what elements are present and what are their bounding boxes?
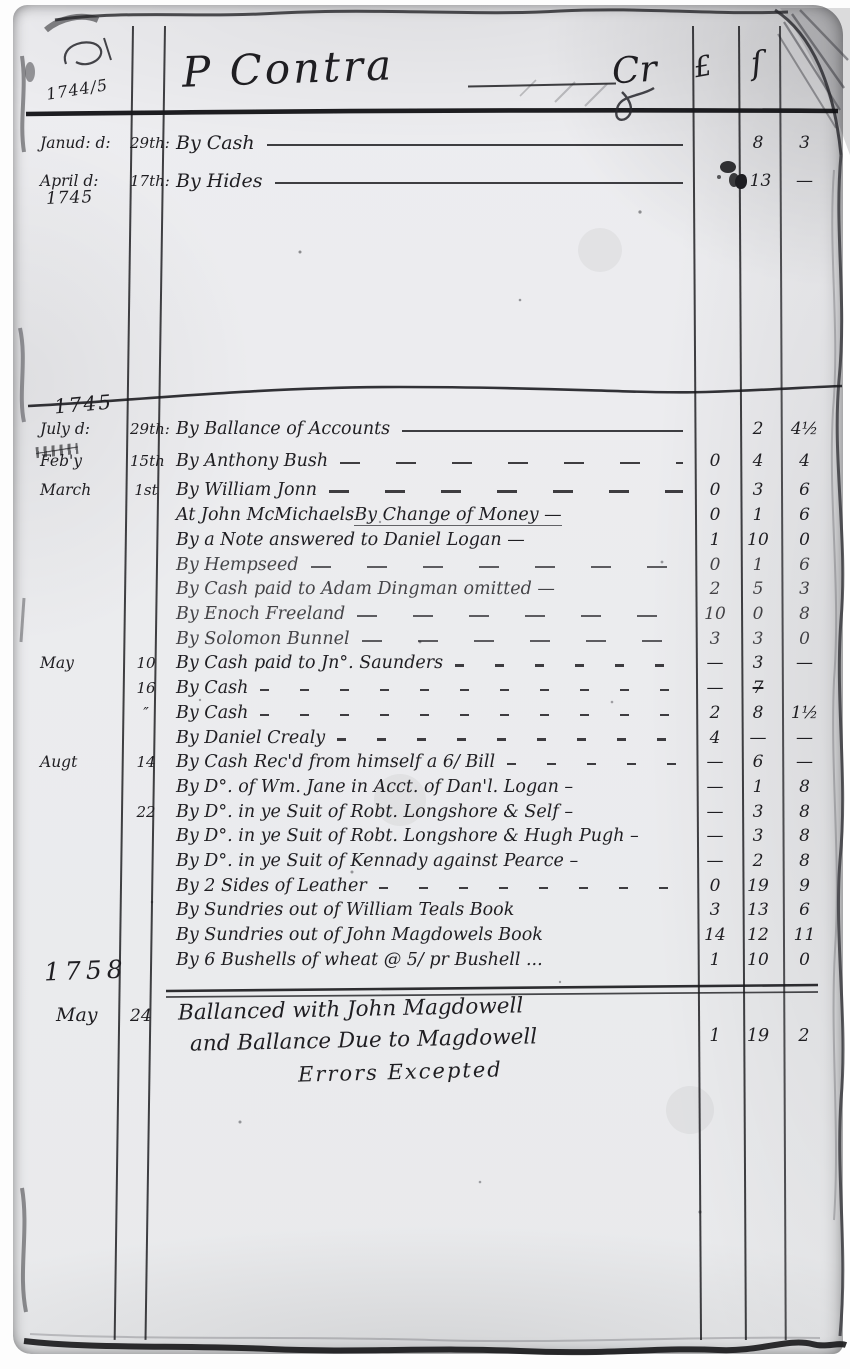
balance-shillings-value: 19 xyxy=(737,1026,779,1046)
entry-shillings: 2 xyxy=(737,419,779,439)
entry-description: By Hides xyxy=(162,170,693,192)
page-title-contra: P Contra xyxy=(181,40,395,96)
entry-text: By Anthony Bush xyxy=(176,451,328,471)
shillings-value: 8 xyxy=(753,133,764,153)
entry-day: 10 xyxy=(130,654,162,672)
shillings-value: 12 xyxy=(747,925,769,945)
entry-day: 29th: xyxy=(130,420,162,438)
entry-pence: 3 xyxy=(779,133,830,153)
entry-description: By Cash paid to Jn°. Saunders xyxy=(162,653,693,673)
ledger-entry-row: By Sundries out of William Teals Book313… xyxy=(30,898,830,923)
ledger-entry-row: May10By Cash paid to Jn°. Saunders—3— xyxy=(30,651,830,676)
entry-pence: — xyxy=(779,752,830,772)
entry-shillings: 3 xyxy=(737,629,779,649)
entry-description: By 2 Sides of Leather xyxy=(162,876,693,896)
ledger-entry-row: By D°. in ye Suit of Kennady against Pea… xyxy=(30,849,830,874)
ledger-entry-row: 16By Cash—7 xyxy=(30,676,830,701)
entry-pounds: 3 xyxy=(693,900,737,920)
entry-text: By Sundries out of John Magdowels Book xyxy=(176,925,543,945)
entry-shillings: 13 xyxy=(737,171,779,191)
entry-shillings: — xyxy=(737,728,779,748)
entry-description: By Enoch Freeland xyxy=(162,604,693,624)
ledger-entry-row: By D°. in ye Suit of Robt. Longshore & H… xyxy=(30,824,830,849)
balance-day: 24 xyxy=(130,1006,152,1026)
entry-trail-line xyxy=(357,615,683,617)
ledger-entry-row: By Solomon Bunnel330 xyxy=(30,626,830,651)
entry-description: By D°. of Wm. Jane in Acct. of Dan'l. Lo… xyxy=(162,777,693,797)
entries-1745: July d:29th:By Ballance of Accounts24½Fe… xyxy=(30,412,830,972)
entry-shillings: 0 xyxy=(737,604,779,624)
ledger-entry-row: By 6 Bushells of wheat @ 5/ pr Bushell .… xyxy=(30,947,830,972)
entry-description: By Cash Rec'd from himself a 6/ Bill xyxy=(162,752,693,772)
shillings-value: 2 xyxy=(753,419,764,439)
entry-text: By William Jonn xyxy=(176,480,317,500)
entry-pounds: 4 xyxy=(693,728,737,748)
entry-pounds: 1 xyxy=(693,950,737,970)
entry-trail-line xyxy=(260,714,683,716)
entry-date: May xyxy=(30,654,130,672)
ledger-entry-row: By Sundries out of John Magdowels Book14… xyxy=(30,923,830,948)
entry-trail-line xyxy=(260,689,683,691)
ledger-entry-row: By Daniel Crealy4—— xyxy=(30,725,830,750)
entry-text: By Cash xyxy=(176,678,248,698)
entry-pence: 6 xyxy=(779,555,830,575)
entry-text: By Cash paid to Jn°. Saunders xyxy=(176,653,443,673)
entry-day: 1st xyxy=(130,481,162,499)
ledger-entry-row: By D°. of Wm. Jane in Acct. of Dan'l. Lo… xyxy=(30,775,830,800)
entry-description: By 6 Bushells of wheat @ 5/ pr Bushell .… xyxy=(162,950,693,970)
ledger-entry-row: Feb'y15thBy Anthony Bush044 xyxy=(30,446,830,476)
entry-text: By Cash xyxy=(176,703,248,723)
entry-description: By Cash xyxy=(162,678,693,698)
shillings-value: 10 xyxy=(747,530,769,550)
entry-description: By Cash xyxy=(162,703,693,723)
entry-text: By 2 Sides of Leather xyxy=(176,876,367,896)
entry-text: By a Note answered to Daniel Logan — xyxy=(176,530,525,550)
entry-text: By Hempseed xyxy=(176,555,299,575)
entry-trail-line xyxy=(507,763,683,765)
entry-description: By a Note answered to Daniel Logan — xyxy=(162,530,693,550)
entry-text: By D°. of Wm. Jane in Acct. of Dan'l. Lo… xyxy=(176,777,573,797)
entry-pence: 3 xyxy=(779,579,830,599)
entry-trail-line xyxy=(329,490,683,492)
entry-pence: 8 xyxy=(779,604,830,624)
entry-shillings: 3 xyxy=(737,653,779,673)
entry-trail-line xyxy=(311,566,683,568)
entry-trail-line xyxy=(267,144,683,146)
entry-shillings: 10 xyxy=(737,530,779,550)
shillings-value: 7 xyxy=(753,678,764,698)
entry-pence: 0 xyxy=(779,950,830,970)
entry-date: March xyxy=(30,481,130,499)
entry-text: By Hides xyxy=(176,170,263,192)
entry-description: By Cash xyxy=(162,132,693,154)
entries-1744: Janud: d:29th:By Cash83April d:17th:By H… xyxy=(30,124,830,200)
shillings-value: 13 xyxy=(750,171,772,191)
entry-pence: 8 xyxy=(779,777,830,797)
entry-shillings: 13 xyxy=(737,900,779,920)
entry-pence: 1½ xyxy=(779,703,830,723)
entry-pounds: 2 xyxy=(693,703,737,723)
entry-pence: — xyxy=(779,728,830,748)
entry-text: By Cash paid to Adam Dingman omitted — xyxy=(176,579,555,599)
shillings-value: — xyxy=(750,728,767,748)
entry-shillings: 3 xyxy=(737,826,779,846)
entry-pence: 4 xyxy=(779,451,830,471)
entry-shillings: 5 xyxy=(737,579,779,599)
entry-pence: 11 xyxy=(779,925,830,945)
entry-pence: 8 xyxy=(779,851,830,871)
shillings-value: 8 xyxy=(753,703,764,723)
entry-description: By Anthony Bush xyxy=(162,451,693,471)
entry-description: By William Jonn xyxy=(162,480,693,500)
entry-shillings: 1 xyxy=(737,555,779,575)
ledger-entry-row: By a Note answered to Daniel Logan —1100 xyxy=(30,528,830,553)
entry-shillings: 3 xyxy=(737,802,779,822)
entry-text: At John McMichaels xyxy=(176,505,354,525)
year-label-1745-first: 1745 xyxy=(46,187,94,209)
ledger-entry-row: By Hempseed016 xyxy=(30,552,830,577)
year-label-1758: 1758 xyxy=(44,955,129,987)
shillings-value: 1 xyxy=(753,505,764,525)
entry-day: 16 xyxy=(130,679,162,697)
entry-text: By 6 Bushells of wheat @ 5/ pr Bushell .… xyxy=(176,950,543,970)
shillings-value: 3 xyxy=(753,826,764,846)
entry-pounds: — xyxy=(693,752,737,772)
entry-text: By Cash Rec'd from himself a 6/ Bill xyxy=(176,752,495,772)
entry-pounds: 0 xyxy=(693,480,737,500)
ledger-entry-row: ″By Cash281½ xyxy=(30,701,830,726)
entry-pounds: — xyxy=(693,653,737,673)
entry-description: By Daniel Crealy xyxy=(162,728,693,748)
entry-trail-line xyxy=(340,462,683,464)
entry-pence: 4½ xyxy=(779,419,830,439)
shillings-value: 10 xyxy=(747,950,769,970)
entry-pounds: 14 xyxy=(693,925,737,945)
entry-text: By Cash xyxy=(176,132,255,154)
entry-shillings: 6 xyxy=(737,752,779,772)
ledger-entry-row: Janud: d:29th:By Cash83 xyxy=(30,124,830,162)
entry-pounds: 2 xyxy=(693,579,737,599)
entry-pounds: 0 xyxy=(693,451,737,471)
shillings-value: 1 xyxy=(753,777,764,797)
ledger-entry-row: By Cash paid to Adam Dingman omitted —25… xyxy=(30,577,830,602)
entry-pence: 6 xyxy=(779,505,830,525)
ledger-entry-row: At John McMichaels By Change of Money —0… xyxy=(30,503,830,528)
entry-text: By D°. in ye Suit of Kennady against Pea… xyxy=(176,851,578,871)
entry-text: By Solomon Bunnel xyxy=(176,629,350,649)
entry-pounds: 10 xyxy=(693,604,737,624)
entry-trail-line xyxy=(337,738,683,740)
shillings-value: 19 xyxy=(747,876,769,896)
ledger-entry-row: By Enoch Freeland1008 xyxy=(30,602,830,627)
entry-description: By D°. in ye Suit of Robt. Longshore & S… xyxy=(162,802,693,822)
entry-pounds: — xyxy=(693,802,737,822)
entry-pounds: — xyxy=(693,777,737,797)
entry-description: By Sundries out of William Teals Book xyxy=(162,900,693,920)
entry-pence: — xyxy=(779,171,830,191)
entry-trail-line xyxy=(402,430,683,432)
entry-trail-line xyxy=(455,664,683,666)
entry-pounds: — xyxy=(693,826,737,846)
entry-trail-line xyxy=(275,182,683,184)
entry-pence: 0 xyxy=(779,530,830,550)
entry-day: 17th: xyxy=(130,172,162,190)
entry-shillings: 2 xyxy=(737,851,779,871)
entry-text: By Daniel Crealy xyxy=(176,728,325,748)
entry-pounds: — xyxy=(693,851,737,871)
shillings-value: 13 xyxy=(747,900,769,920)
entry-pounds: 0 xyxy=(693,505,737,525)
entry-pence: 0 xyxy=(779,629,830,649)
ledger-page-scan: 1744/5 P Contra Cr £ ſ Janud: d:29th:By … xyxy=(0,0,850,1369)
entry-pounds: 1 xyxy=(693,530,737,550)
ledger-entry-row: Augt14By Cash Rec'd from himself a 6/ Bi… xyxy=(30,750,830,775)
entry-shillings: 4 xyxy=(737,451,779,471)
entry-shillings: 10 xyxy=(737,950,779,970)
entry-text-underlined: By Change of Money — xyxy=(354,505,561,526)
entry-text: By Ballance of Accounts xyxy=(176,419,390,439)
entry-trail-line xyxy=(362,640,683,642)
entry-day: 22 xyxy=(130,803,162,821)
ledger-entry-row: March1stBy William Jonn036 xyxy=(30,476,830,503)
entry-day: ″ xyxy=(130,704,162,722)
balance-pounds-value: 1 xyxy=(693,1026,737,1046)
entry-text: By D°. in ye Suit of Robt. Longshore & H… xyxy=(176,826,639,846)
ledger-entry-row: 22By D°. in ye Suit of Robt. Longshore &… xyxy=(30,799,830,824)
credit-abbreviation: Cr xyxy=(611,48,659,92)
entry-pounds: 0 xyxy=(693,555,737,575)
entry-pence: 8 xyxy=(779,802,830,822)
entry-text: By D°. in ye Suit of Robt. Longshore & S… xyxy=(176,802,573,822)
entry-pence: — xyxy=(779,653,830,673)
entry-date: July d: xyxy=(30,420,130,438)
entry-day: 14 xyxy=(130,753,162,771)
ledger-entry-row: July d:29th:By Ballance of Accounts24½ xyxy=(30,412,830,446)
entry-pence: 8 xyxy=(779,826,830,846)
entry-shillings: 1 xyxy=(737,777,779,797)
entry-description: By Sundries out of John Magdowels Book xyxy=(162,925,693,945)
shillings-value: 3 xyxy=(753,802,764,822)
entry-description: At John McMichaels By Change of Money — xyxy=(162,505,693,526)
entry-trail-line xyxy=(379,887,683,889)
entry-text: By Sundries out of William Teals Book xyxy=(176,900,514,920)
shillings-value: 1 xyxy=(753,555,764,575)
entry-shillings: 7 xyxy=(737,678,779,698)
balance-pence-value: 2 xyxy=(779,1026,829,1046)
shillings-value: 3 xyxy=(753,653,764,673)
shillings-value: 3 xyxy=(753,629,764,649)
entry-date: Janud: d: xyxy=(30,134,130,152)
entry-pounds: 3 xyxy=(693,629,737,649)
entry-day: 15th xyxy=(130,452,162,470)
entry-text: By Enoch Freeland xyxy=(176,604,345,624)
ink-blot xyxy=(735,174,747,189)
entry-shillings: 1 xyxy=(737,505,779,525)
ledger-entry-row: By 2 Sides of Leather0199 xyxy=(30,873,830,898)
entry-description: By D°. in ye Suit of Robt. Longshore & H… xyxy=(162,826,693,846)
entry-shillings: 8 xyxy=(737,703,779,723)
entry-date: Augt xyxy=(30,753,130,771)
entry-pence: 9 xyxy=(779,876,830,896)
entry-pence: 6 xyxy=(779,900,830,920)
entry-shillings: 12 xyxy=(737,925,779,945)
entry-shillings: 8 xyxy=(737,133,779,153)
entry-pounds: 0 xyxy=(693,876,737,896)
balance-month: May xyxy=(56,1004,98,1026)
shillings-value: 3 xyxy=(753,480,764,500)
entry-description: By D°. in ye Suit of Kennady against Pea… xyxy=(162,851,693,871)
shillings-value: 6 xyxy=(753,752,764,772)
entry-shillings: 3 xyxy=(737,480,779,500)
shillings-value: 4 xyxy=(753,451,764,471)
entry-description: By Hempseed xyxy=(162,555,693,575)
entry-pence: 6 xyxy=(779,480,830,500)
shillings-value: 2 xyxy=(753,851,764,871)
entry-pounds: — xyxy=(693,678,737,698)
ledger-entry-row: April d:17th:By Hides13— xyxy=(30,162,830,200)
entry-shillings: 19 xyxy=(737,876,779,896)
entry-date: Feb'y xyxy=(30,452,130,470)
entry-description: By Ballance of Accounts xyxy=(162,419,693,439)
shillings-value: 0 xyxy=(753,604,764,624)
shillings-value: 5 xyxy=(753,579,764,599)
entry-description: By Solomon Bunnel xyxy=(162,629,693,649)
entry-description: By Cash paid to Adam Dingman omitted — xyxy=(162,579,693,599)
entry-day: 29th: xyxy=(130,134,162,152)
struck-out-date-scribble xyxy=(36,443,79,458)
